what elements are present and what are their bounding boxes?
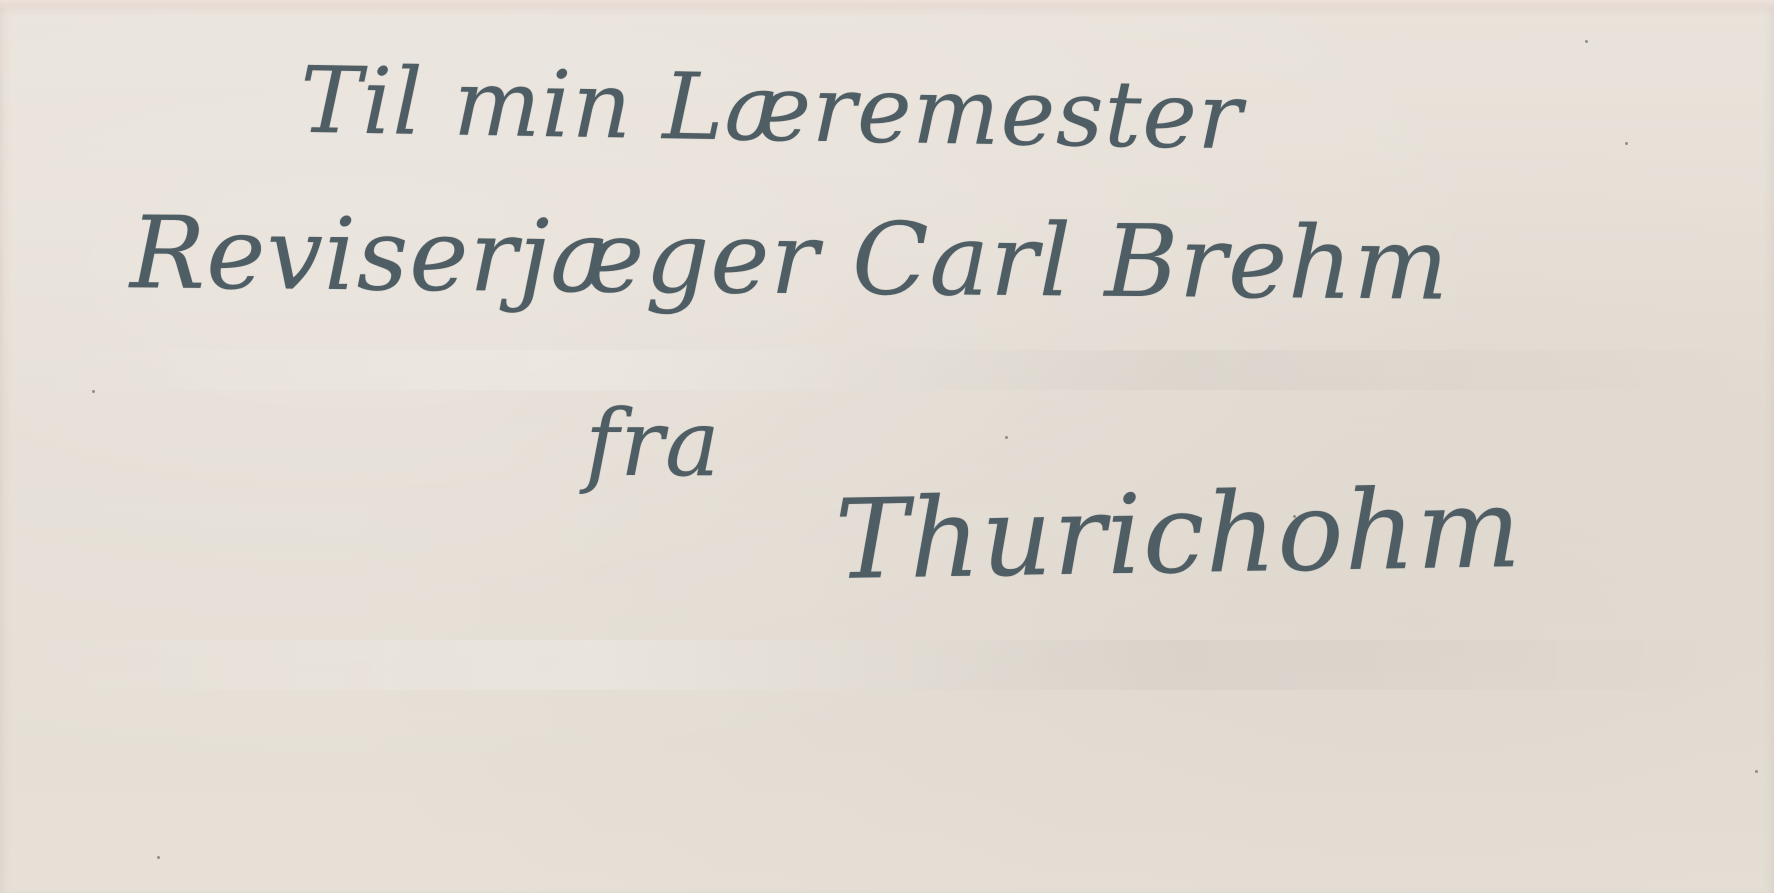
paper-speck <box>92 390 95 393</box>
paper-speck <box>1585 40 1588 43</box>
paper-speck <box>1625 142 1628 145</box>
dedication-line-1: Til min Læremester <box>299 47 1244 170</box>
paper-speck <box>1755 770 1758 773</box>
paper-speck <box>157 856 160 859</box>
paper-top-edge <box>0 0 1774 10</box>
signature: Thurichohm <box>834 464 1523 604</box>
paper-sheet: Til min Læremester Reviserjæger Carl Bre… <box>0 0 1774 893</box>
paper-fold <box>0 640 1774 690</box>
paper-fold <box>0 350 1774 390</box>
dedication-line-3: fra <box>585 390 721 497</box>
dedication-line-2: Reviserjæger Carl Brehm <box>130 194 1450 323</box>
paper-speck <box>1005 436 1008 439</box>
